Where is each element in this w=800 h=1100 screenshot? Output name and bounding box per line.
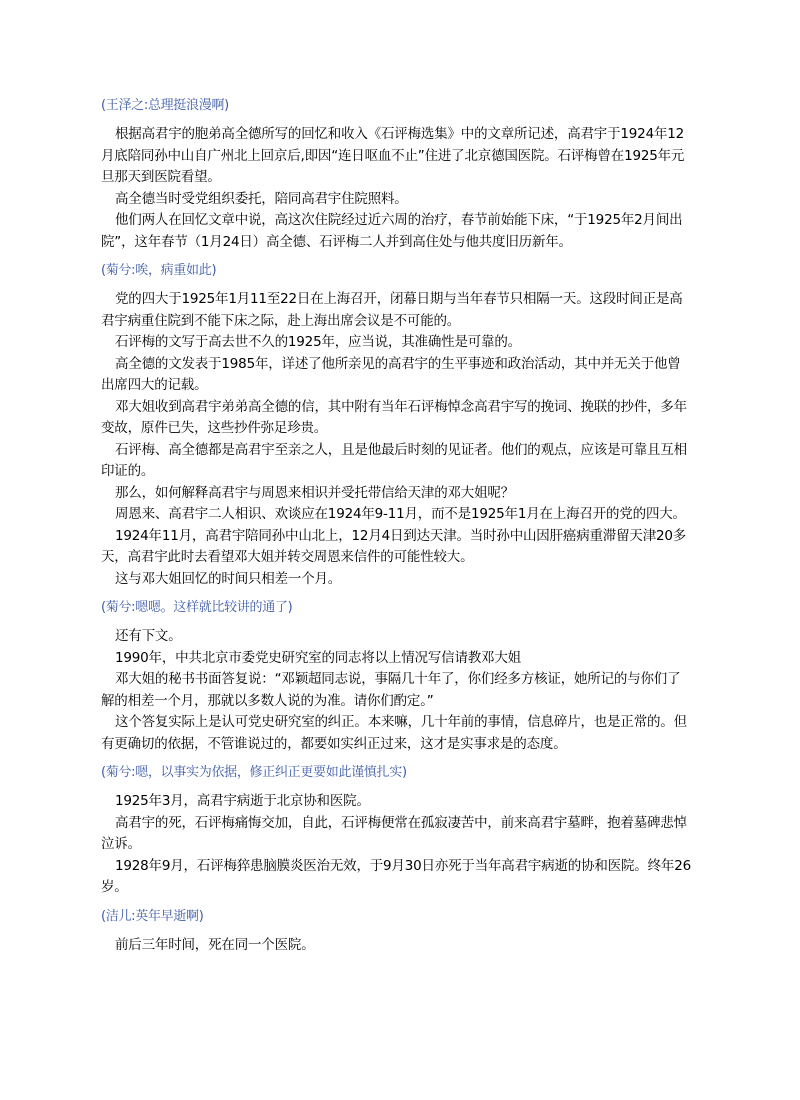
paragraph: 还有下文。 [101, 626, 691, 648]
document-body: (王泽之:总理挺浪漫啊) 根据高君宇的胞弟高全德所写的回忆和收入《石评梅选集》中… [101, 96, 691, 956]
reader-comment: (菊兮:唉，病重如此) [101, 261, 691, 281]
paragraph: 他们两人在回忆文章中说，高这次住院经过近六周的治疗，春节前始能下床，“于1925… [101, 210, 691, 253]
paragraph: 那么，如何解释高君宇与周恩来相识并受托带信给天津的邓大姐呢？ [101, 483, 691, 505]
section-1: (王泽之:总理挺浪漫啊) 根据高君宇的胞弟高全德所写的回忆和收入《石评梅选集》中… [101, 96, 691, 253]
reader-comment: (菊兮:嗯嗯。这样就比较讲的通了) [101, 598, 691, 618]
paragraph: 这个答复实际上是认可党史研究室的纠正。本来嘛，几十年前的事情，信息碎片，也是正常… [101, 712, 691, 755]
paragraph: 邓大姐的秘书书面答复说：“邓颖超同志说，事隔几十年了，你们经多方核证，她所记的与… [101, 669, 691, 712]
section-5: (洁儿:英年早逝啊) 前后三年时间，死在同一个医院。 [101, 907, 691, 957]
section-2: (菊兮:唉，病重如此) 党的四大于1925年1月11至22日在上海召开，闭幕日期… [101, 261, 691, 590]
paragraph: 高全德的文发表于1985年，详述了他所亲见的高君宇的生平事迹和政治活动，其中并无… [101, 354, 691, 397]
reader-comment: (菊兮:嗯，以事实为依据，修正纠正更要如此谨慎扎实) [101, 763, 691, 783]
paragraph: 石评梅的文写于高去世不久的1925年，应当说，其准确性是可靠的。 [101, 332, 691, 354]
paragraph: 党的四大于1925年1月11至22日在上海召开，闭幕日期与当年春节只相隔一天。这… [101, 289, 691, 332]
paragraph: 周恩来、高君宇二人相识、欢谈应在1924年9-11月，而不是1925年1月在上海… [101, 504, 691, 526]
paragraph: 1990年，中共北京市委党史研究室的同志将以上情况写信请教邓大姐 [101, 648, 691, 670]
reader-comment: (王泽之:总理挺浪漫啊) [101, 96, 691, 116]
paragraph: 前后三年时间，死在同一个医院。 [101, 935, 691, 957]
paragraph: 邓大姐收到高君宇弟弟高全德的信，其中附有当年石评梅悼念高君宇写的挽词、挽联的抄件… [101, 397, 691, 440]
paragraph: 高全德当时受党组织委托，陪同高君宇住院照料。 [101, 189, 691, 211]
reader-comment: (洁儿:英年早逝啊) [101, 907, 691, 927]
paragraph: 石评梅、高全德都是高君宇至亲之人，且是他最后时刻的见证者。他们的观点，应该是可靠… [101, 440, 691, 483]
paragraph: 这与邓大姐回忆的时间只相差一个月。 [101, 569, 691, 591]
section-4: (菊兮:嗯，以事实为依据，修正纠正更要如此谨慎扎实) 1925年3月，高君宇病逝… [101, 763, 691, 899]
section-3: (菊兮:嗯嗯。这样就比较讲的通了) 还有下文。 1990年，中共北京市委党史研究… [101, 598, 691, 755]
paragraph: 根据高君宇的胞弟高全德所写的回忆和收入《石评梅选集》中的文章所记述，高君宇于19… [101, 124, 691, 189]
paragraph: 1928年9月，石评梅猝患脑膜炎医治无效，于9月30日亦死于当年高君宇病逝的协和… [101, 856, 691, 899]
paragraph: 1924年11月，高君宇陪同孙中山北上，12月4日到达天津。当时孙中山因肝癌病重… [101, 526, 691, 569]
paragraph: 1925年3月，高君宇病逝于北京协和医院。 [101, 791, 691, 813]
paragraph: 高君宇的死，石评梅痛悔交加，自此，石评梅便常在孤寂凄苦中，前来高君宇墓畔，抱着墓… [101, 813, 691, 856]
